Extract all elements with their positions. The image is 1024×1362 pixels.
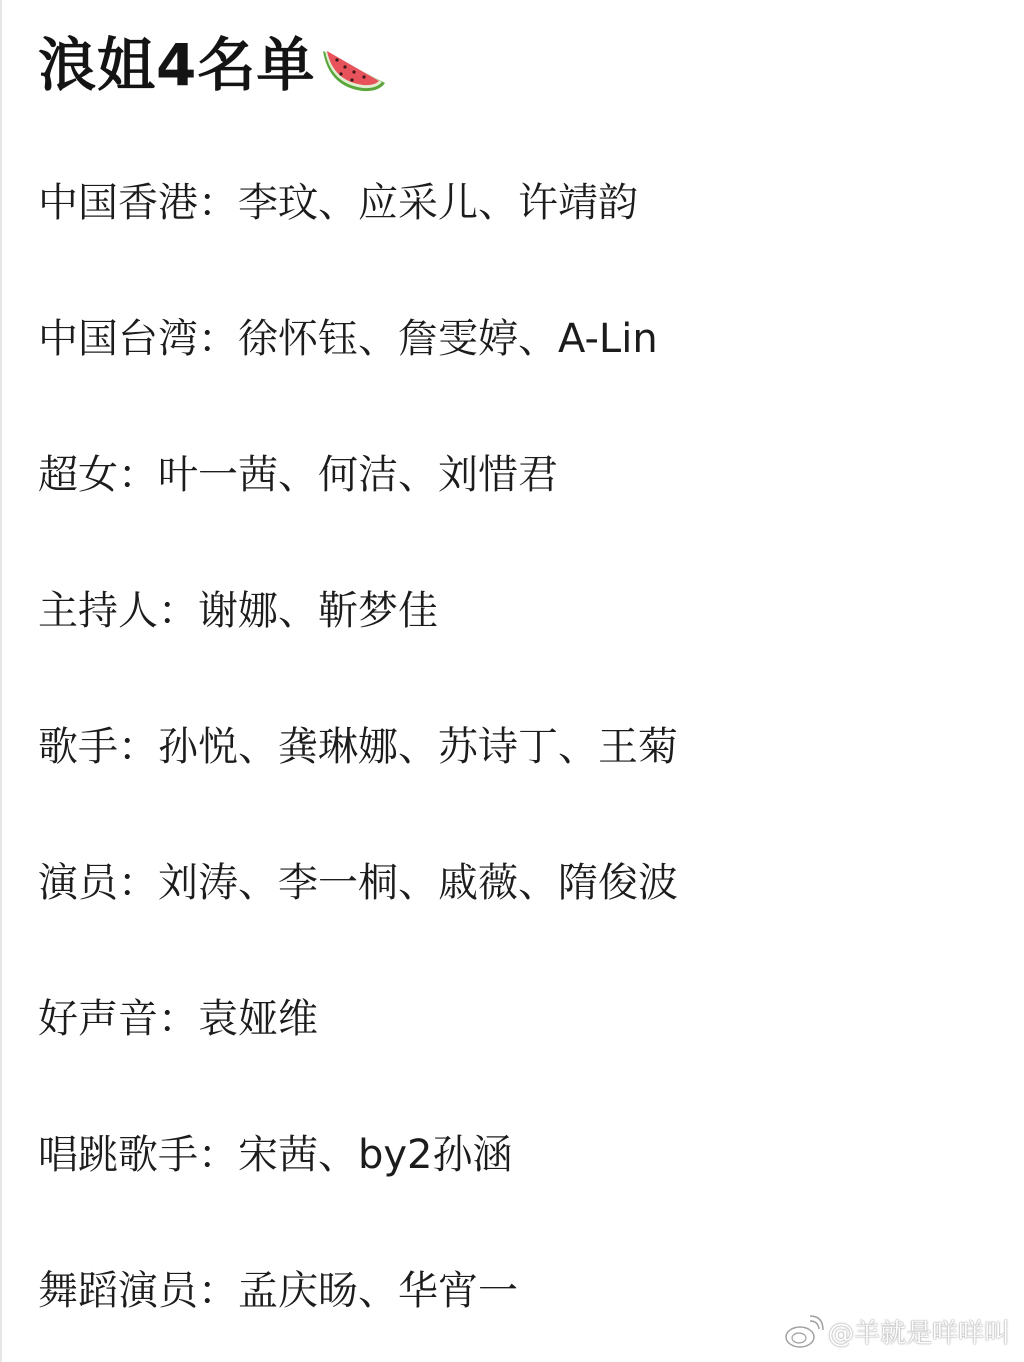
- category-label: 唱跳歌手: [38, 1132, 198, 1178]
- list-item: 歌手：孙悦、龚琳娜、苏诗丁、王菊: [38, 722, 678, 772]
- list-item: 超女：叶一茜、何洁、刘惜君: [38, 450, 558, 500]
- colon: ：: [158, 588, 198, 634]
- names: 徐怀钰、詹雯婷、A-Lin: [238, 316, 658, 362]
- names: 谢娜、靳梦佳: [198, 588, 438, 634]
- names: 孙悦、龚琳娜、苏诗丁、王菊: [158, 724, 678, 770]
- list-item: 演员：刘涛、李一桐、戚薇、隋俊波: [38, 858, 678, 908]
- colon: ：: [158, 996, 198, 1042]
- category-label: 演员: [38, 860, 118, 906]
- watermark-text: @羊就是咩咩叫: [828, 1313, 1010, 1350]
- colon: ：: [198, 180, 238, 226]
- category-label: 好声音: [38, 996, 158, 1042]
- colon: ：: [118, 452, 158, 498]
- list-item: 好声音：袁娅维: [38, 994, 318, 1044]
- category-label: 中国香港: [38, 180, 198, 226]
- category-label: 超女: [38, 452, 118, 498]
- category-label: 舞蹈演员: [38, 1268, 198, 1314]
- category-label: 歌手: [38, 724, 118, 770]
- list-item: 中国台湾：徐怀钰、詹雯婷、A-Lin: [38, 314, 658, 364]
- watermark: @羊就是咩咩叫: [784, 1313, 1010, 1350]
- category-label: 中国台湾: [38, 316, 198, 362]
- names: 李玟、应采儿、许靖韵: [238, 180, 638, 226]
- list-item: 主持人：谢娜、靳梦佳: [38, 586, 438, 636]
- colon: ：: [198, 1268, 238, 1314]
- names: 袁娅维: [198, 996, 318, 1042]
- list-item: 唱跳歌手：宋茜、by2孙涵: [38, 1130, 513, 1180]
- list-item: 中国香港：李玟、应采儿、许靖韵: [38, 178, 638, 228]
- page-edge: [0, 0, 2, 1362]
- names: 孟庆旸、华宵一: [238, 1268, 518, 1314]
- colon: ：: [118, 724, 158, 770]
- colon: ：: [198, 1132, 238, 1178]
- names: 刘涛、李一桐、戚薇、隋俊波: [158, 860, 678, 906]
- colon: ：: [198, 316, 238, 362]
- weibo-icon: [784, 1315, 824, 1349]
- colon: ：: [118, 860, 158, 906]
- list-item: 舞蹈演员：孟庆旸、华宵一: [38, 1266, 518, 1316]
- title-text: 浪姐4名单: [38, 30, 315, 100]
- category-label: 主持人: [38, 588, 158, 634]
- watermelon-icon: [319, 43, 387, 95]
- names: 叶一茜、何洁、刘惜君: [158, 452, 558, 498]
- names: 宋茜、by2孙涵: [238, 1132, 513, 1178]
- page-title: 浪姐4名单: [38, 30, 387, 100]
